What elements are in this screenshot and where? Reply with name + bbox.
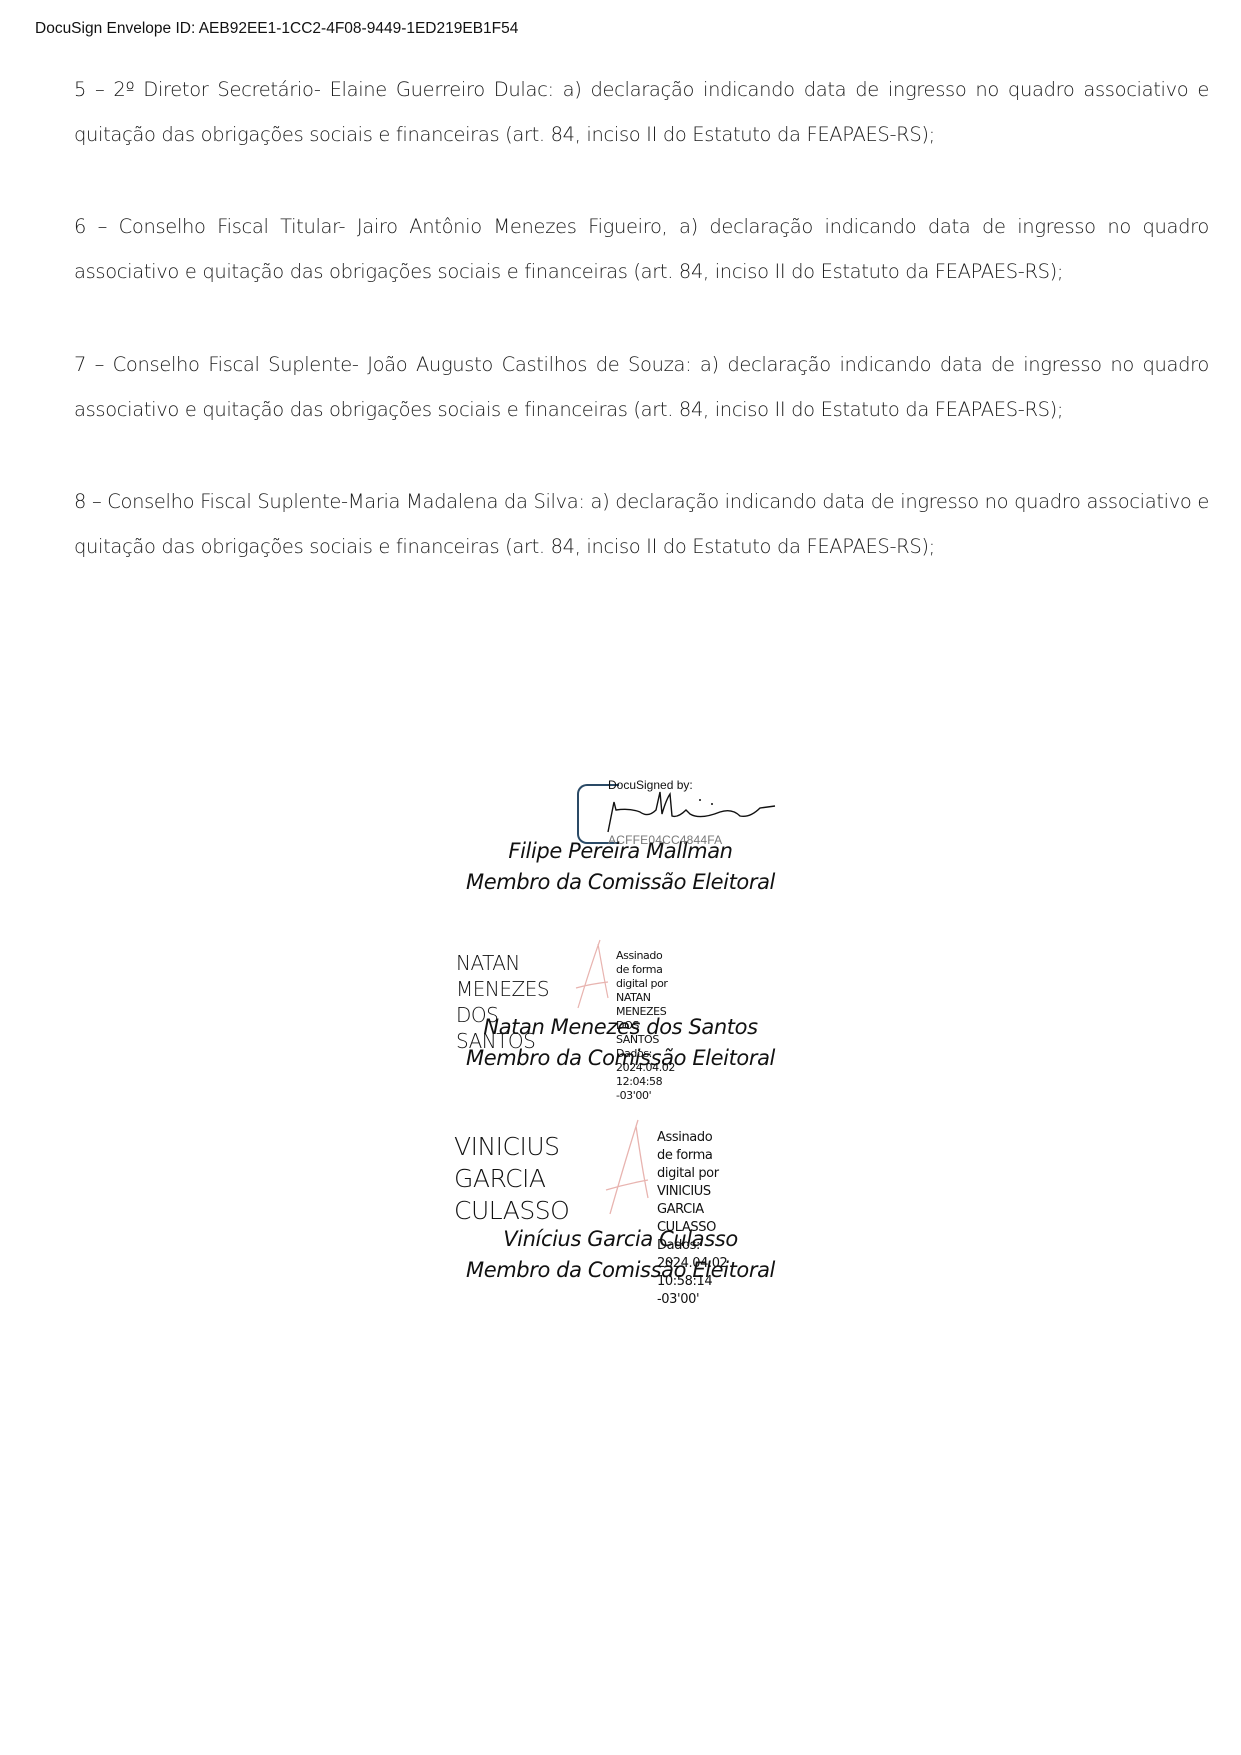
paragraph-item-5: 5 – 2º Diretor Secretário- Elaine Guerre… <box>74 67 1209 157</box>
paragraph-item-8: 8 – Conselho Fiscal Suplente-Maria Madal… <box>74 479 1209 569</box>
envelope-id: DocuSign Envelope ID: AEB92EE1-1CC2-4F08… <box>35 20 518 38</box>
handwritten-signature-icon <box>600 788 780 838</box>
signer-name: Vinícius Garcia Culasso <box>0 1224 1241 1255</box>
signer-name: Natan Menezes dos Santos <box>0 1012 1241 1043</box>
digital-signer-name: VINICIUS GARCIA CULASSO <box>454 1131 569 1227</box>
docusign-signature-box: DocuSigned by: ACFFE04CC4844FA <box>575 778 775 844</box>
signer-role: Membro da Comissão Eleitoral <box>0 1043 1241 1074</box>
signature-block-3: Vinícius Garcia Culasso Membro da Comiss… <box>0 1224 1241 1286</box>
adobe-signature-mark-icon <box>600 1118 650 1218</box>
signature-block-1: Filipe Pereira Mallman Membro da Comissã… <box>0 836 1241 898</box>
signer-role: Membro da Comissão Eleitoral <box>0 1255 1241 1286</box>
signature-block-2: Natan Menezes dos Santos Membro da Comis… <box>0 1012 1241 1074</box>
signer-name: Filipe Pereira Mallman <box>0 836 1241 867</box>
signer-role: Membro da Comissão Eleitoral <box>0 867 1241 898</box>
paragraph-item-6: 6 – Conselho Fiscal Titular- Jairo Antôn… <box>74 204 1209 294</box>
adobe-signature-mark-icon <box>570 938 610 1013</box>
docusign-label: DocuSigned by: <box>608 778 693 792</box>
paragraph-item-7: 7 – Conselho Fiscal Suplente- João Augus… <box>74 342 1209 432</box>
